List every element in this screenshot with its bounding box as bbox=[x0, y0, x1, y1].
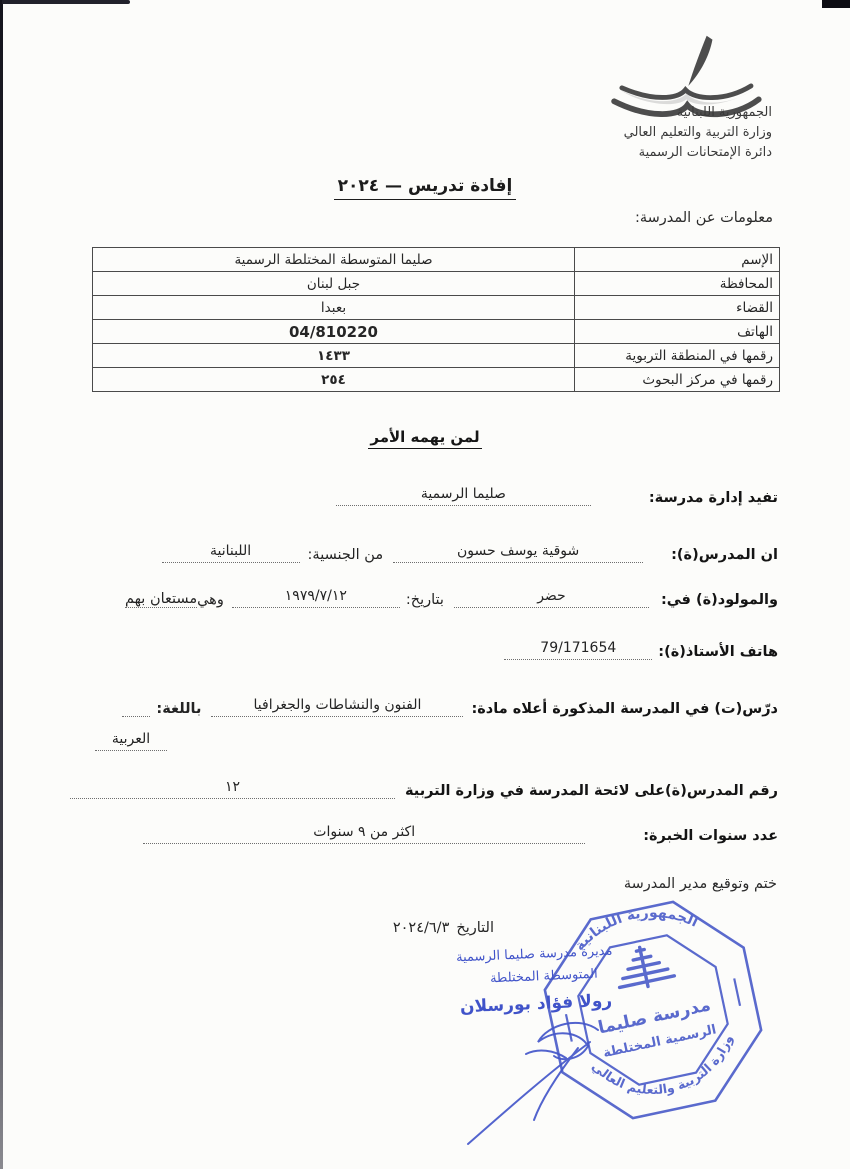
stamp-separator-left bbox=[566, 1014, 572, 1041]
to-whom-it-may-concern-heading: لمن يهمه الأمر bbox=[0, 428, 850, 446]
form-line-language-continuation: العربية bbox=[95, 731, 167, 751]
field-label: درّس(ت) في المدرسة المذكورة أعلاه مادة: bbox=[471, 701, 778, 717]
row-value: ٢٥٤ bbox=[93, 368, 575, 392]
row-value: ١٤٣٣ bbox=[93, 344, 575, 368]
school-info-heading: معلومات عن المدرسة: bbox=[635, 210, 773, 226]
birthplace-field: حضر bbox=[454, 588, 649, 608]
form-line-birth: والمولود(ة) في: حضر بتاريخ: ١٩٧٩/٧/١٢ وه… bbox=[70, 588, 778, 608]
flying-page-icon bbox=[688, 36, 712, 86]
field-label: تفيد إدارة مدرسة: bbox=[649, 490, 778, 506]
stamp-separator-right bbox=[734, 978, 740, 1005]
official-school-stamp: الجمهورية اللبنانية وزارة التربية والتعل… bbox=[503, 886, 803, 1150]
header-line-department: دائرة الإمتحانات الرسمية bbox=[624, 143, 772, 163]
teaching-certificate-document: الجمهورية اللبنانية وزارة التربية والتعل… bbox=[0, 0, 850, 1169]
stamp-octagon: الجمهورية اللبنانية وزارة التربية والتعل… bbox=[532, 886, 774, 1130]
subject-field: الفنون والنشاطات والجغرافيا bbox=[211, 697, 463, 717]
form-line-teacher: ان المدرس(ة): شوقية يوسف حسون من الجنسية… bbox=[70, 543, 778, 563]
scan-top-edge-artifact bbox=[2, 0, 130, 4]
form-line-subject: درّس(ت) في المدرسة المذكورة أعلاه مادة: … bbox=[70, 697, 778, 717]
status-text: وهي bbox=[197, 592, 224, 608]
field-label: والمولود(ة) في: bbox=[661, 592, 778, 608]
form-line-roster-number: رقم المدرس(ة)على لائحة المدرسة في وزارة … bbox=[70, 779, 778, 799]
table-row-name: الإسم صليما المتوسطة المختلطة الرسمية bbox=[93, 248, 780, 272]
roster-number-field: ١٢ bbox=[70, 779, 395, 799]
field-label: رقم المدرس(ة)على لائحة المدرسة في وزارة … bbox=[405, 783, 778, 799]
field-label: باللغة: bbox=[156, 701, 201, 717]
scan-corner-artifact bbox=[822, 0, 850, 8]
header-line-republic: الجمهورية اللبنانية bbox=[624, 103, 772, 123]
teacher-phone-field: 79/171654 bbox=[504, 640, 652, 660]
form-line-school-admin: تفيد إدارة مدرسة: صليما الرسمية bbox=[70, 486, 778, 506]
date-value: ٢٠٢٤/٦/٣ bbox=[393, 920, 450, 936]
language-field-dots bbox=[122, 697, 150, 717]
nationality-field: اللبنانية bbox=[162, 543, 300, 563]
row-value: 04/810220 bbox=[93, 320, 575, 344]
form-line-experience: عدد سنوات الخبرة: اكثر من ٩ سنوات bbox=[70, 824, 778, 844]
employment-status-text: مستعان بهم bbox=[125, 591, 197, 608]
language-field: العربية bbox=[95, 731, 167, 751]
row-label: القضاء bbox=[575, 296, 780, 320]
field-label: بتاريخ: bbox=[406, 592, 444, 608]
lebanon-cedar-icon bbox=[612, 942, 675, 993]
government-header: الجمهورية اللبنانية وزارة التربية والتعل… bbox=[624, 103, 772, 162]
table-row-district: القضاء بعبدا bbox=[93, 296, 780, 320]
experience-field: اكثر من ٩ سنوات bbox=[143, 824, 585, 844]
row-value: بعبدا bbox=[93, 296, 575, 320]
document-title: إفادة تدريس — ٢٠٢٤ bbox=[0, 176, 850, 196]
date-label: التاريخ bbox=[456, 920, 494, 936]
table-row-zone-number: رقمها في المنطقة التربوية ١٤٣٣ bbox=[93, 344, 780, 368]
table-row-governorate: المحافظة جبل لبنان bbox=[93, 272, 780, 296]
field-label: عدد سنوات الخبرة: bbox=[643, 828, 778, 844]
row-label: المحافظة bbox=[575, 272, 780, 296]
table-row-phone: الهاتف 04/810220 bbox=[93, 320, 780, 344]
table-row-research-number: رقمها في مركز البحوث ٢٥٤ bbox=[93, 368, 780, 392]
row-label: الهاتف bbox=[575, 320, 780, 344]
field-label: ان المدرس(ة): bbox=[671, 547, 778, 563]
school-info-table: الإسم صليما المتوسطة المختلطة الرسمية ال… bbox=[92, 247, 780, 392]
form-line-phone: هاتف الأستاذ(ة): 79/171654 bbox=[70, 640, 778, 660]
birthdate-field: ١٩٧٩/٧/١٢ bbox=[232, 588, 400, 608]
header-line-ministry: وزارة التربية والتعليم العالي bbox=[624, 123, 772, 143]
field-label: هاتف الأستاذ(ة): bbox=[658, 644, 778, 660]
row-value: صليما المتوسطة المختلطة الرسمية bbox=[93, 248, 575, 272]
row-label: رقمها في المنطقة التربوية bbox=[575, 344, 780, 368]
row-label: الإسم bbox=[575, 248, 780, 272]
field-label: من الجنسية: bbox=[308, 547, 384, 563]
row-label: رقمها في مركز البحوث bbox=[575, 368, 780, 392]
date-line: التاريخ ٢٠٢٤/٦/٣ bbox=[332, 920, 494, 936]
row-value: جبل لبنان bbox=[93, 272, 575, 296]
teacher-name-field: شوقية يوسف حسون bbox=[393, 543, 643, 563]
school-name-field: صليما الرسمية bbox=[336, 486, 591, 506]
